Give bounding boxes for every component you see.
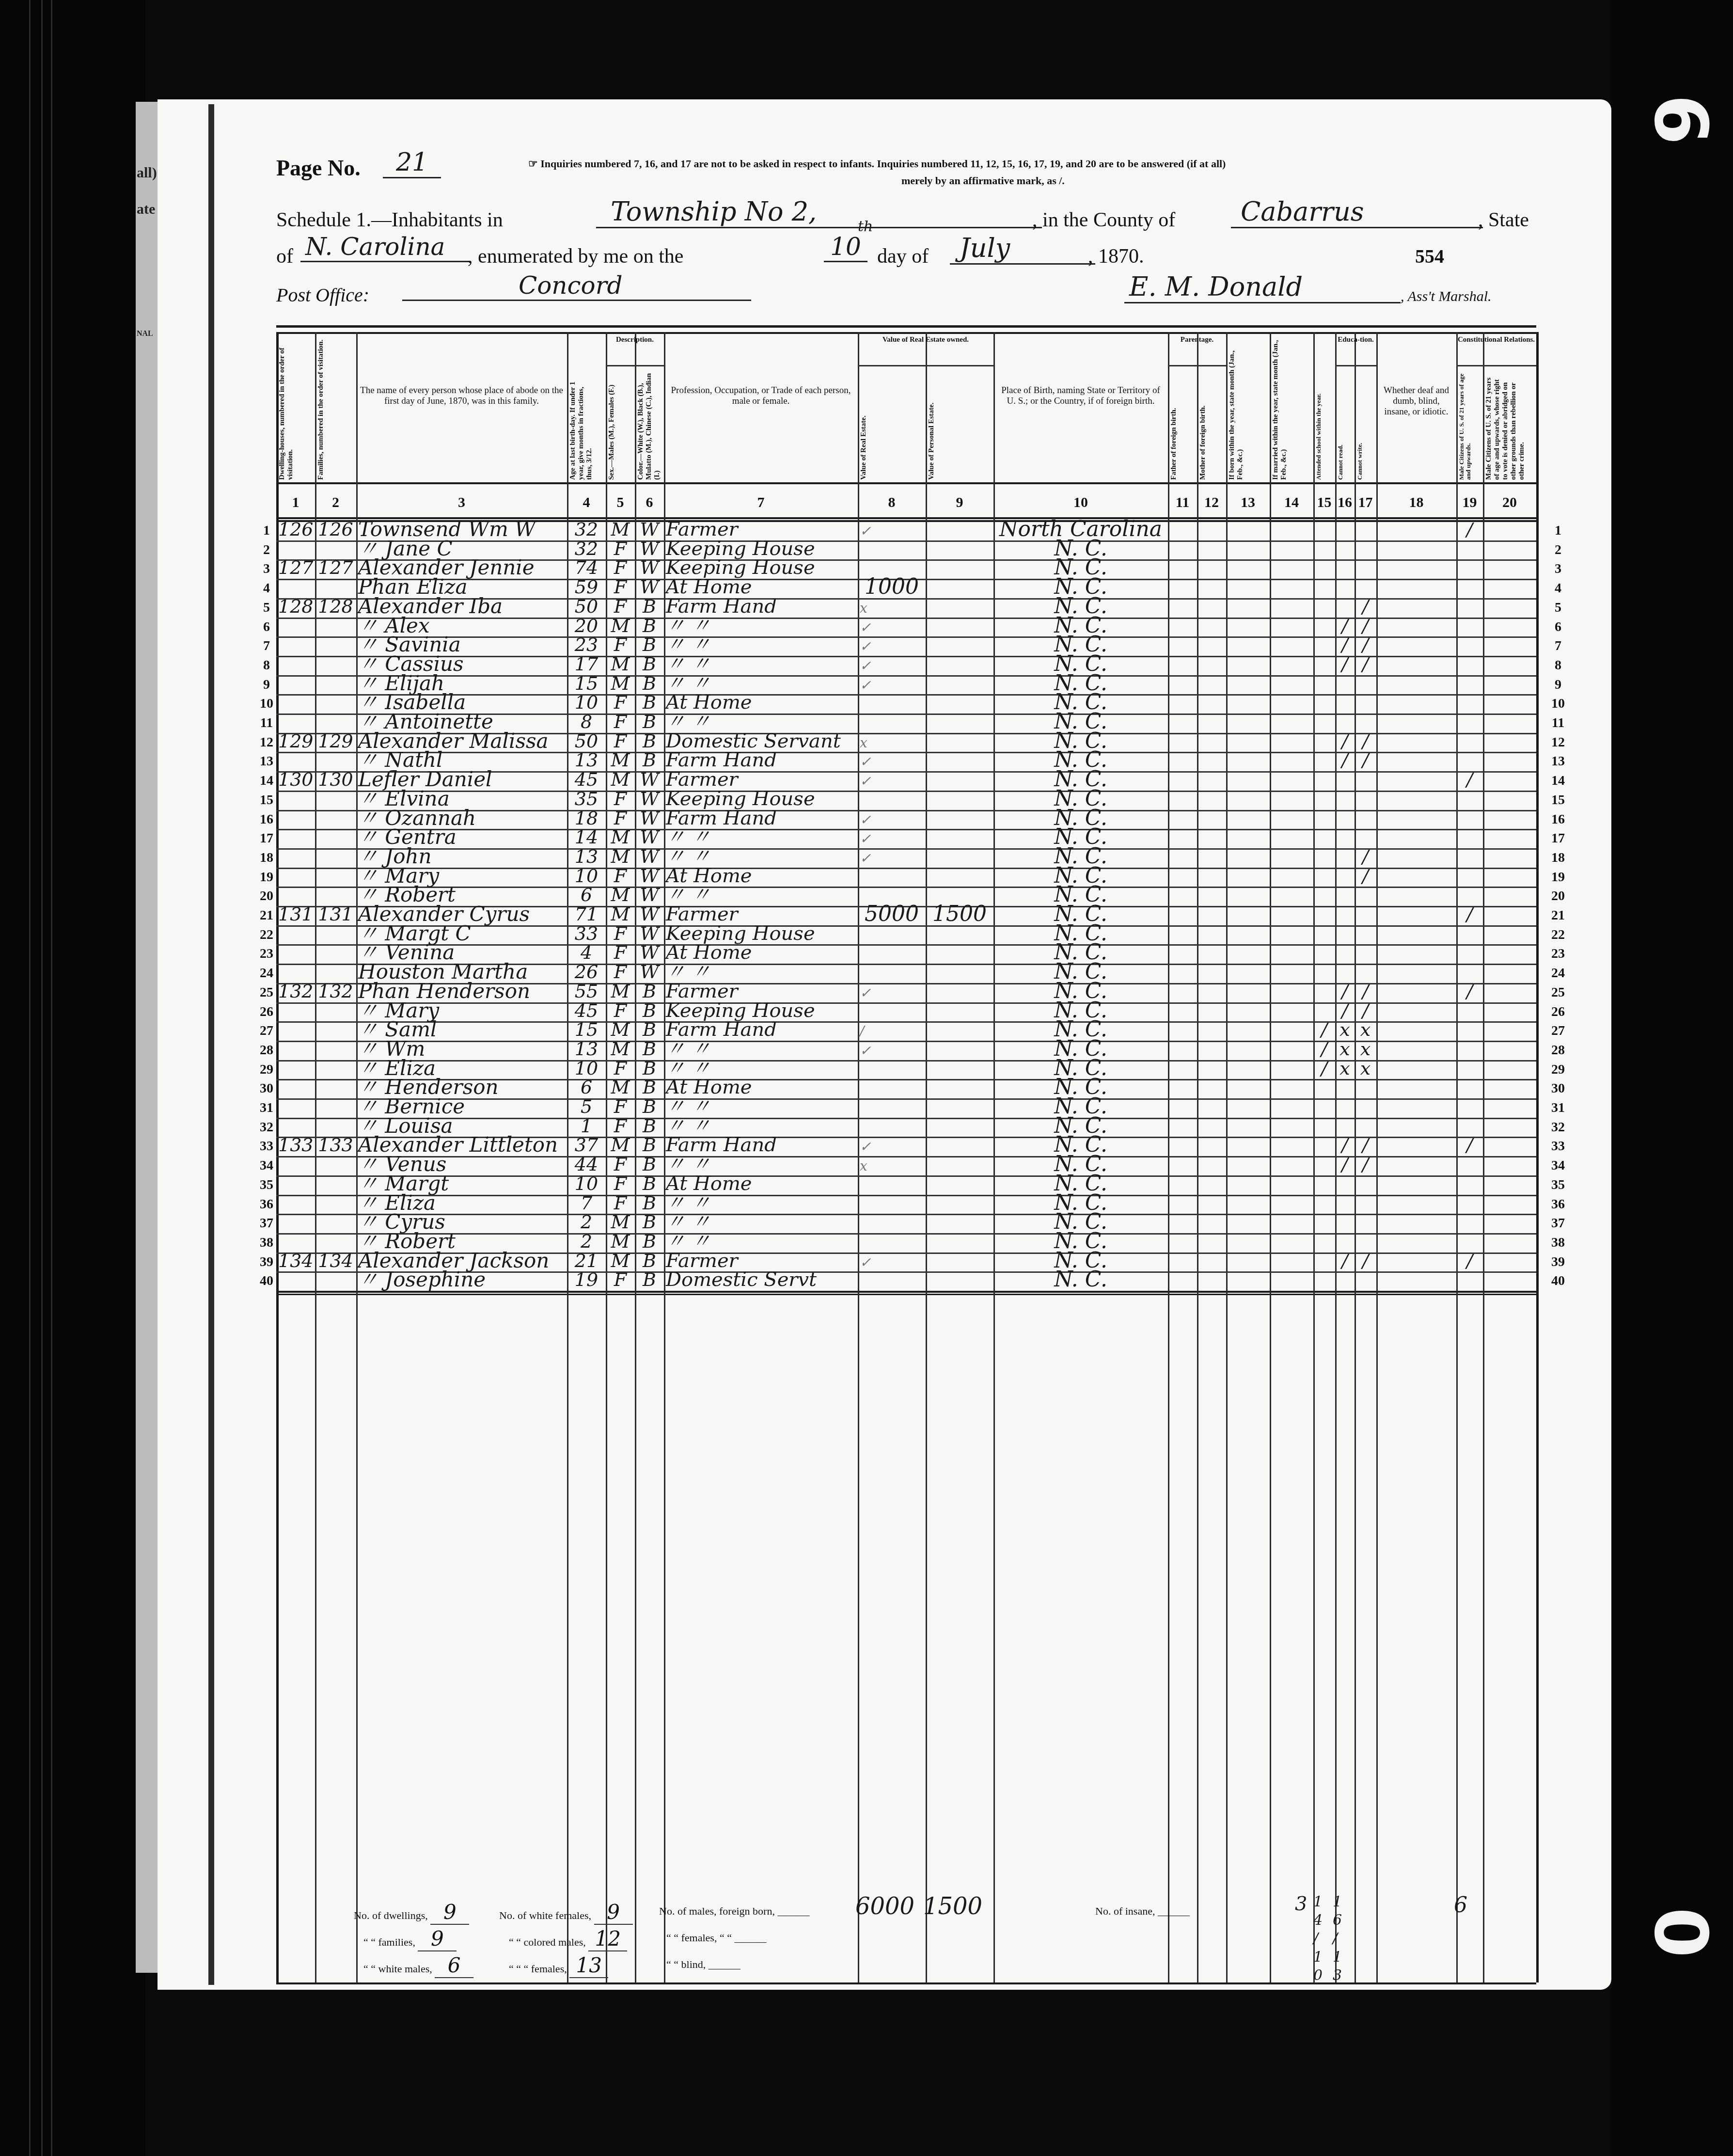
film-scratch bbox=[41, 0, 43, 2156]
line-number-right: 15 bbox=[1548, 793, 1568, 808]
age: 19 bbox=[569, 1268, 604, 1292]
white-females-count: 9 bbox=[594, 1900, 633, 1925]
table-rule bbox=[276, 332, 1536, 334]
line-number-left: 10 bbox=[257, 696, 276, 712]
line-number-left: 37 bbox=[257, 1216, 276, 1231]
column-number-8: 8 bbox=[858, 494, 926, 511]
estate-check-mark: ✓ bbox=[860, 846, 874, 871]
attended-school-mark: / bbox=[1315, 1056, 1333, 1080]
post-office-field: Concord bbox=[402, 271, 751, 301]
county-label: , in the County of bbox=[1032, 208, 1175, 232]
state-field: N. Carolina bbox=[300, 233, 470, 262]
column-group-header: Parentage. bbox=[1168, 336, 1226, 344]
sex: F bbox=[608, 1268, 633, 1292]
line-number-right: 30 bbox=[1548, 1081, 1568, 1096]
total-real-estate: 6000 bbox=[855, 1893, 914, 1920]
line-number-left: 2 bbox=[257, 542, 276, 558]
line-number-left: 32 bbox=[257, 1120, 276, 1135]
dwelling-number: 134 bbox=[278, 1249, 313, 1273]
column-number-15: 15 bbox=[1313, 494, 1335, 511]
line-number-right: 19 bbox=[1548, 870, 1568, 885]
column-header-8: Value of Real Estate. bbox=[860, 372, 924, 480]
dwellings-count: 9 bbox=[430, 1900, 469, 1925]
line-number-left: 25 bbox=[257, 985, 276, 1000]
column-group-header: Value of Real Estate owned. bbox=[858, 336, 993, 344]
person-name: 〃 Josephine bbox=[358, 1268, 565, 1292]
dwelling-number: 133 bbox=[278, 1133, 313, 1157]
table-rule bbox=[276, 1294, 1536, 1295]
line-number-left: 22 bbox=[257, 927, 276, 943]
column-header-7: Profession, Occupation, or Trade of each… bbox=[668, 385, 854, 407]
group-header-rule bbox=[1456, 365, 1536, 366]
line-number-right: 2 bbox=[1548, 542, 1568, 558]
column-group-header: Constitutional Relations. bbox=[1456, 336, 1536, 344]
line-number-right: 38 bbox=[1548, 1235, 1568, 1251]
estate-check-mark: ✓ bbox=[860, 981, 874, 1005]
line-number-left: 40 bbox=[257, 1273, 276, 1289]
column-header-2: Families, numbered in the order of visit… bbox=[317, 337, 354, 480]
column-group-header: Description. bbox=[606, 336, 664, 344]
footer-foreign-females: “ “ females, “ “ ______ bbox=[666, 1932, 766, 1944]
total-cannot-write: 16 / 13 bbox=[1333, 1893, 1347, 1985]
column-number-13: 13 bbox=[1226, 494, 1270, 511]
column-number-14: 14 bbox=[1270, 494, 1313, 511]
citizen-mark: / bbox=[1458, 902, 1481, 926]
line-number-right: 6 bbox=[1548, 619, 1568, 635]
column-number-20: 20 bbox=[1483, 494, 1536, 511]
line-number-left: 7 bbox=[257, 638, 276, 654]
marshal-signature: E. M. Donald bbox=[1124, 271, 1401, 303]
total-personal-estate: 1500 bbox=[923, 1893, 982, 1920]
column-number-18: 18 bbox=[1376, 494, 1456, 511]
dwelling-number: 128 bbox=[278, 594, 313, 618]
citizen-mark: / bbox=[1458, 1249, 1481, 1273]
line-number-left: 11 bbox=[257, 715, 276, 731]
column-number-2: 2 bbox=[315, 494, 356, 511]
column-number-7: 7 bbox=[664, 494, 858, 511]
column-header-18: Whether deaf and dumb, blind, insane, or… bbox=[1380, 385, 1452, 417]
column-header-9: Value of Personal Estate. bbox=[928, 372, 992, 480]
footer-families: “ “ families, 9 bbox=[363, 1927, 457, 1951]
cannot-write-mark: / bbox=[1356, 748, 1374, 772]
line-number-left: 36 bbox=[257, 1197, 276, 1212]
line-number-right: 3 bbox=[1548, 561, 1568, 577]
families-label: “ “ families, bbox=[363, 1936, 415, 1948]
film-frame-mark: 0 bbox=[1638, 1907, 1722, 1958]
footer-blind: “ “ blind, ______ bbox=[666, 1958, 740, 1971]
line-number-left: 20 bbox=[257, 888, 276, 904]
page-number: 21 bbox=[383, 148, 441, 178]
line-number-right: 12 bbox=[1548, 735, 1568, 750]
line-number-left: 26 bbox=[257, 1004, 276, 1020]
microfilm-border-left bbox=[0, 0, 145, 2156]
stamp-number: 554 bbox=[1415, 245, 1444, 268]
line-number-right: 7 bbox=[1548, 638, 1568, 654]
column-header-12: Mother of foreign birth. bbox=[1199, 372, 1224, 480]
white-females-label: No. of white females, bbox=[499, 1909, 591, 1921]
column-header-19: Male Citizens of U. S. of 21 years of ag… bbox=[1458, 372, 1481, 480]
dwelling-number: 132 bbox=[278, 979, 313, 1003]
line-number-left: 27 bbox=[257, 1023, 276, 1039]
cannot-write-mark: x bbox=[1356, 1056, 1374, 1080]
footer-foreign-males: No. of males, foreign born, ______ bbox=[659, 1905, 809, 1918]
column-number-10: 10 bbox=[993, 494, 1168, 511]
post-office-label: Post Office: bbox=[276, 284, 369, 306]
line-number-left: 39 bbox=[257, 1254, 276, 1270]
colored-males-label: “ “ colored males, bbox=[509, 1936, 586, 1948]
cannot-read-mark: / bbox=[1337, 652, 1353, 676]
estate-check-mark: ✓ bbox=[860, 1251, 874, 1275]
families-count: 9 bbox=[418, 1927, 457, 1951]
dwelling-number: 129 bbox=[278, 729, 313, 753]
line-number-right: 1 bbox=[1548, 523, 1568, 539]
line-number-left: 23 bbox=[257, 946, 276, 962]
colored-males-count: 12 bbox=[588, 1927, 627, 1951]
line-number-right: 24 bbox=[1548, 966, 1568, 981]
line-number-right: 22 bbox=[1548, 927, 1568, 943]
line-number-right: 33 bbox=[1548, 1139, 1568, 1154]
film-scratch bbox=[51, 0, 52, 2156]
line-number-right: 34 bbox=[1548, 1158, 1568, 1173]
film-scratch bbox=[29, 0, 31, 2156]
cannot-read-mark: / bbox=[1337, 748, 1353, 772]
foreign-females-label: “ “ females, “ “ bbox=[666, 1932, 732, 1944]
line-number-left: 16 bbox=[257, 812, 276, 827]
estate-check-mark: ✓ bbox=[860, 673, 874, 698]
column-number-19: 19 bbox=[1456, 494, 1483, 511]
blind-label: “ “ blind, bbox=[666, 1958, 706, 1970]
citizen-mark: / bbox=[1458, 517, 1481, 541]
color: B bbox=[637, 1268, 662, 1292]
line-number-left: 35 bbox=[257, 1177, 276, 1193]
line-number-right: 32 bbox=[1548, 1120, 1568, 1135]
state-label: , State bbox=[1478, 208, 1529, 232]
footer-colored-females: “ “ “ females, 13 bbox=[509, 1953, 608, 1978]
footer-colored-males: “ “ colored males, 12 bbox=[509, 1927, 627, 1951]
family-number: 128 bbox=[317, 594, 354, 618]
line-number-left: 28 bbox=[257, 1043, 276, 1058]
white-males-label: “ “ white males, bbox=[363, 1963, 432, 1975]
dwelling-number: 131 bbox=[278, 902, 313, 926]
citizen-mark: / bbox=[1458, 767, 1481, 792]
citizen-mark: / bbox=[1458, 979, 1481, 1003]
line-number-right: 11 bbox=[1548, 715, 1568, 731]
day-field: 10 bbox=[824, 233, 867, 262]
page-number-label: Page No. bbox=[276, 155, 361, 181]
day-suffix: th bbox=[858, 218, 873, 235]
footer-white-females: No. of white females, 9 bbox=[499, 1900, 633, 1925]
footer-white-males: “ “ white males, 6 bbox=[363, 1953, 473, 1978]
previous-page-edge: all) ate NAL bbox=[136, 102, 160, 1973]
year-label: , 1870. bbox=[1088, 245, 1144, 268]
day-of-label: day of bbox=[877, 245, 929, 268]
line-number-left: 14 bbox=[257, 773, 276, 789]
column-header-11: Father of foreign birth. bbox=[1170, 372, 1195, 480]
line-number-left: 3 bbox=[257, 561, 276, 577]
prev-page-fragment: all) bbox=[137, 165, 157, 181]
township-field: Township No 2, bbox=[596, 196, 1042, 228]
microfilm-border-right: 6 0 bbox=[1611, 0, 1733, 2156]
line-number-left: 1 bbox=[257, 523, 276, 539]
line-number-left: 15 bbox=[257, 793, 276, 808]
column-number-12: 12 bbox=[1197, 494, 1226, 511]
line-number-left: 38 bbox=[257, 1235, 276, 1251]
group-header-rule bbox=[606, 365, 664, 366]
column-header-16: Cannot read. bbox=[1337, 372, 1353, 480]
occupation: Domestic Servt bbox=[666, 1268, 856, 1292]
line-number-right: 18 bbox=[1548, 850, 1568, 866]
line-number-left: 18 bbox=[257, 850, 276, 866]
personal-estate-value: 1500 bbox=[928, 902, 992, 926]
real-estate-value: 5000 bbox=[860, 902, 924, 926]
schedule-label: Schedule 1.—Inhabitants in bbox=[276, 208, 503, 232]
prev-page-fragment: ate bbox=[137, 201, 155, 218]
column-header-4: Age at last birth-day. If under 1 year, … bbox=[569, 372, 604, 480]
line-number-right: 40 bbox=[1548, 1273, 1568, 1289]
line-number-right: 5 bbox=[1548, 600, 1568, 616]
line-number-right: 9 bbox=[1548, 677, 1568, 693]
page-binding-line bbox=[208, 104, 214, 1985]
dwelling-number: 126 bbox=[278, 517, 313, 541]
of-label: of bbox=[276, 245, 293, 268]
column-header-1: Dwelling-houses, numbered in the order o… bbox=[278, 337, 313, 480]
dwelling-number: 127 bbox=[278, 555, 313, 580]
line-number-right: 37 bbox=[1548, 1216, 1568, 1231]
total-attended-school: 3 bbox=[1295, 1893, 1307, 1915]
family-number: 133 bbox=[317, 1133, 354, 1157]
line-number-right: 28 bbox=[1548, 1043, 1568, 1058]
group-header-rule bbox=[1168, 365, 1226, 366]
column-number-4: 4 bbox=[567, 494, 606, 511]
column-number-3: 3 bbox=[356, 494, 567, 511]
column-header-6: Color.—White (W.), Black (B.), Mulatto (… bbox=[637, 372, 662, 480]
real-estate-value: 1000 bbox=[860, 575, 924, 599]
line-number-right: 17 bbox=[1548, 831, 1568, 846]
family-number: 132 bbox=[317, 979, 354, 1003]
line-number-left: 30 bbox=[257, 1081, 276, 1096]
line-number-left: 5 bbox=[257, 600, 276, 616]
column-number-5: 5 bbox=[606, 494, 635, 511]
birthplace: N. C. bbox=[995, 1268, 1166, 1292]
total-citizens: 6 bbox=[1454, 1893, 1467, 1918]
column-number-1: 1 bbox=[276, 494, 315, 511]
foreign-males-label: No. of males, foreign born, bbox=[659, 1905, 775, 1917]
line-number-right: 16 bbox=[1548, 812, 1568, 827]
column-header-13: If born within the year, state month (Ja… bbox=[1228, 337, 1268, 480]
line-number-right: 36 bbox=[1548, 1197, 1568, 1212]
column-header-20: Male Citizens of U. S. of 21 years of ag… bbox=[1485, 372, 1534, 480]
column-header-15: Attended school within the year. bbox=[1315, 372, 1333, 480]
column-number-16: 16 bbox=[1335, 494, 1355, 511]
line-number-right: 14 bbox=[1548, 773, 1568, 789]
column-header-5: Sex.—Males (M.), Females (F.) bbox=[608, 372, 633, 480]
column-number-6: 6 bbox=[635, 494, 664, 511]
line-number-right: 35 bbox=[1548, 1177, 1568, 1193]
line-number-right: 23 bbox=[1548, 946, 1568, 962]
dwellings-label: No. of dwellings, bbox=[354, 1909, 428, 1921]
line-number-right: 21 bbox=[1548, 908, 1568, 923]
column-header-17: Cannot write. bbox=[1356, 337, 1374, 480]
insane-label: No. of insane, bbox=[1095, 1905, 1155, 1917]
column-number-17: 17 bbox=[1355, 494, 1376, 511]
line-number-left: 24 bbox=[257, 966, 276, 981]
citizen-mark: / bbox=[1458, 1133, 1481, 1157]
table-rule bbox=[276, 482, 1536, 484]
estate-check-mark: ✓ bbox=[860, 519, 874, 543]
column-header-10: Place of Birth, naming State or Territor… bbox=[997, 385, 1164, 407]
family-number: 130 bbox=[317, 767, 354, 792]
line-number-left: 21 bbox=[257, 908, 276, 923]
family-number: 127 bbox=[317, 555, 354, 580]
line-number-left: 17 bbox=[257, 831, 276, 846]
line-number-right: 4 bbox=[1548, 581, 1568, 596]
line-number-right: 27 bbox=[1548, 1023, 1568, 1039]
column-header-14: If married within the year, state month … bbox=[1272, 337, 1311, 480]
family-number: 134 bbox=[317, 1249, 354, 1273]
column-header-3: The name of every person whose place of … bbox=[360, 385, 563, 407]
dwelling-number: 130 bbox=[278, 767, 313, 792]
line-number-left: 12 bbox=[257, 735, 276, 750]
total-cannot-read: 14 / 10 bbox=[1313, 1893, 1328, 1985]
county-field: Cabarrus bbox=[1231, 196, 1483, 228]
line-number-right: 26 bbox=[1548, 1004, 1568, 1020]
table-rule bbox=[276, 1982, 1536, 1984]
cannot-write-mark: / bbox=[1356, 1249, 1374, 1273]
family-number: 126 bbox=[317, 517, 354, 541]
line-number-right: 20 bbox=[1548, 888, 1568, 904]
family-number: 129 bbox=[317, 729, 354, 753]
cannot-write-mark: / bbox=[1356, 652, 1374, 676]
footer-dwellings: No. of dwellings, 9 bbox=[354, 1900, 469, 1925]
line-number-right: 39 bbox=[1548, 1254, 1568, 1270]
colored-females-count: 13 bbox=[569, 1953, 608, 1978]
cannot-read-mark: / bbox=[1337, 1249, 1353, 1273]
line-number-right: 31 bbox=[1548, 1100, 1568, 1116]
line-number-left: 31 bbox=[257, 1100, 276, 1116]
footer-insane: No. of insane, ______ bbox=[1095, 1905, 1190, 1918]
line-number-left: 19 bbox=[257, 870, 276, 885]
line-number-right: 29 bbox=[1548, 1062, 1568, 1078]
instructions-line-1: ☞ Inquiries numbered 7, 16, and 17 are n… bbox=[528, 158, 1226, 170]
estate-check-mark: ✓ bbox=[860, 1039, 874, 1063]
column-number-11: 11 bbox=[1168, 494, 1197, 511]
line-number-right: 8 bbox=[1548, 658, 1568, 673]
marshal-label: , Ass't Marshal. bbox=[1401, 288, 1492, 305]
month-field: July bbox=[950, 233, 1095, 265]
table-rule bbox=[276, 325, 1536, 328]
group-header-rule bbox=[858, 365, 993, 366]
line-number-right: 10 bbox=[1548, 696, 1568, 712]
film-frame-mark: 6 bbox=[1638, 95, 1722, 145]
family-number: 131 bbox=[317, 902, 354, 926]
line-number-left: 34 bbox=[257, 1158, 276, 1173]
line-number-left: 8 bbox=[257, 658, 276, 673]
line-number-right: 25 bbox=[1548, 985, 1568, 1000]
line-number-left: 9 bbox=[257, 677, 276, 693]
cannot-write-mark: / bbox=[1356, 864, 1374, 888]
colored-females-label: “ “ “ females, bbox=[509, 1963, 567, 1975]
white-males-count: 6 bbox=[435, 1953, 473, 1978]
instructions-line-2: merely by an affirmative mark, as /. bbox=[901, 174, 1065, 187]
cannot-read-mark: x bbox=[1337, 1056, 1353, 1080]
line-number-left: 29 bbox=[257, 1062, 276, 1078]
line-number-right: 13 bbox=[1548, 754, 1568, 769]
line-number-left: 13 bbox=[257, 754, 276, 769]
cannot-write-mark: / bbox=[1356, 1152, 1374, 1176]
enumerated-label: , enumerated by me on the bbox=[468, 245, 684, 268]
line-number-left: 33 bbox=[257, 1139, 276, 1154]
cannot-read-mark: / bbox=[1337, 1152, 1353, 1176]
line-number-left: 6 bbox=[257, 619, 276, 635]
prev-page-fragment: NAL bbox=[137, 330, 153, 338]
column-number-9: 9 bbox=[926, 494, 993, 511]
estate-check-mark: ✓ bbox=[860, 769, 874, 793]
column-divider bbox=[1536, 332, 1539, 1982]
estate-check-mark: x bbox=[860, 1154, 874, 1178]
line-number-left: 4 bbox=[257, 581, 276, 596]
